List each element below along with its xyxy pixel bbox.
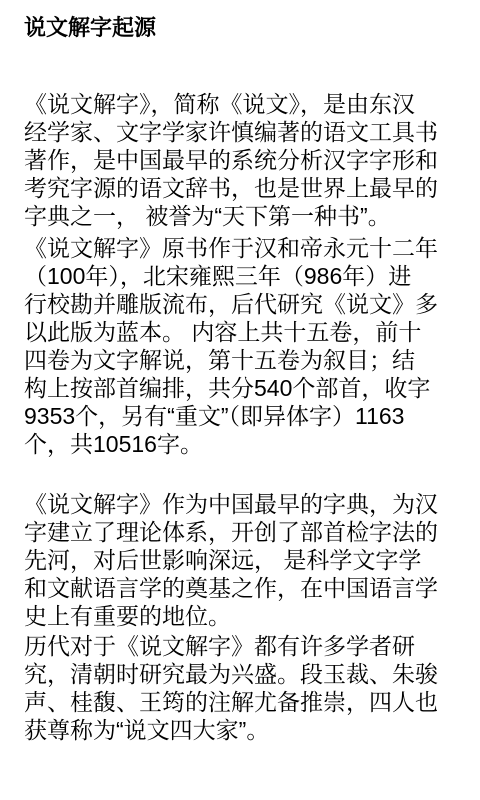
article-page: 说文解字起源 《说文解字》，简称《说文》，是由东汉 经学家、文字学家许慎编著的语…	[0, 0, 480, 800]
page-title: 说文解字起源	[24, 14, 458, 42]
article-content[interactable]: 《说文解字》，简称《说文》，是由东汉 经学家、文字学家许慎编著的语文工具书 著作…	[24, 90, 458, 744]
article-paragraph-intro: 《说文解字》，简称《说文》，是由东汉 经学家、文字学家许慎编著的语文工具书 著作…	[24, 90, 458, 230]
article-paragraph-significance: 《说文解字》作为中国最早的字典，为汉 字建立了理论体系，开创了部首检字法的 先河…	[24, 490, 458, 630]
article-paragraph-scholars: 历代对于《说文解字》都有许多学者研 究，清朝时研究最为兴盛。段玉裁、朱骏 声、桂…	[24, 632, 458, 744]
article-paragraph-history: 《说文解字》原书作于汉和帝永元十二年 （100年），北宋雍熙三年（986年）进 …	[24, 234, 458, 458]
